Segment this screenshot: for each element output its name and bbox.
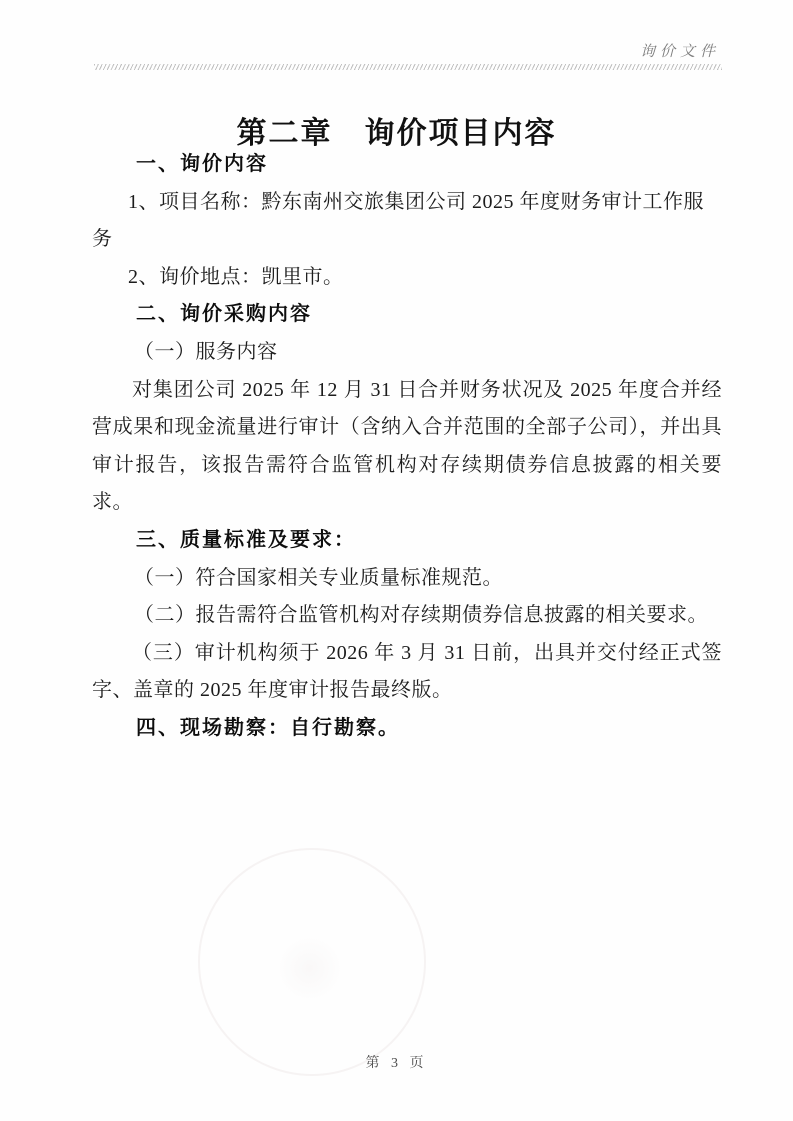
sub-item-quality-standard-2: （二）报告需符合监管机构对存续期债券信息披露的相关要求。: [92, 597, 722, 635]
paragraph-quality-standard-3: （三）审计机构须于 2026 年 3 月 31 日前，出具并交付经正式签字、盖章…: [92, 635, 722, 710]
section-heading-3: 三、质量标准及要求：: [92, 522, 722, 560]
header-hatched-rule: [94, 64, 722, 70]
list-item-inquiry-location: 2、询价地点：凯里市。: [92, 259, 722, 297]
sub-item-service-content: （一）服务内容: [92, 334, 722, 372]
document-body: 一、询价内容 1、项目名称：黔东南州交旅集团公司 2025 年度财务审计工作服务…: [92, 146, 722, 748]
page-number: 第 3 页: [0, 1052, 793, 1072]
section-heading-1: 一、询价内容: [92, 146, 722, 184]
list-item-project-name: 1、项目名称：黔东南州交旅集团公司 2025 年度财务审计工作服务: [92, 184, 722, 259]
faint-round-stamp-watermark: [198, 848, 426, 1076]
sub-item-quality-standard-1: （一）符合国家相关专业质量标准规范。: [92, 560, 722, 598]
paragraph-audit-scope: 对集团公司 2025 年 12 月 31 日合并财务状况及 2025 年度合并经…: [92, 372, 722, 522]
document-page: 询价文件 第二章 询价项目内容 一、询价内容 1、项目名称：黔东南州交旅集团公司…: [0, 0, 793, 1121]
section-heading-2: 二、询价采购内容: [92, 296, 722, 334]
section-heading-4: 四、现场勘察：自行勘察。: [92, 710, 722, 748]
running-header-label: 询价文件: [640, 40, 720, 61]
